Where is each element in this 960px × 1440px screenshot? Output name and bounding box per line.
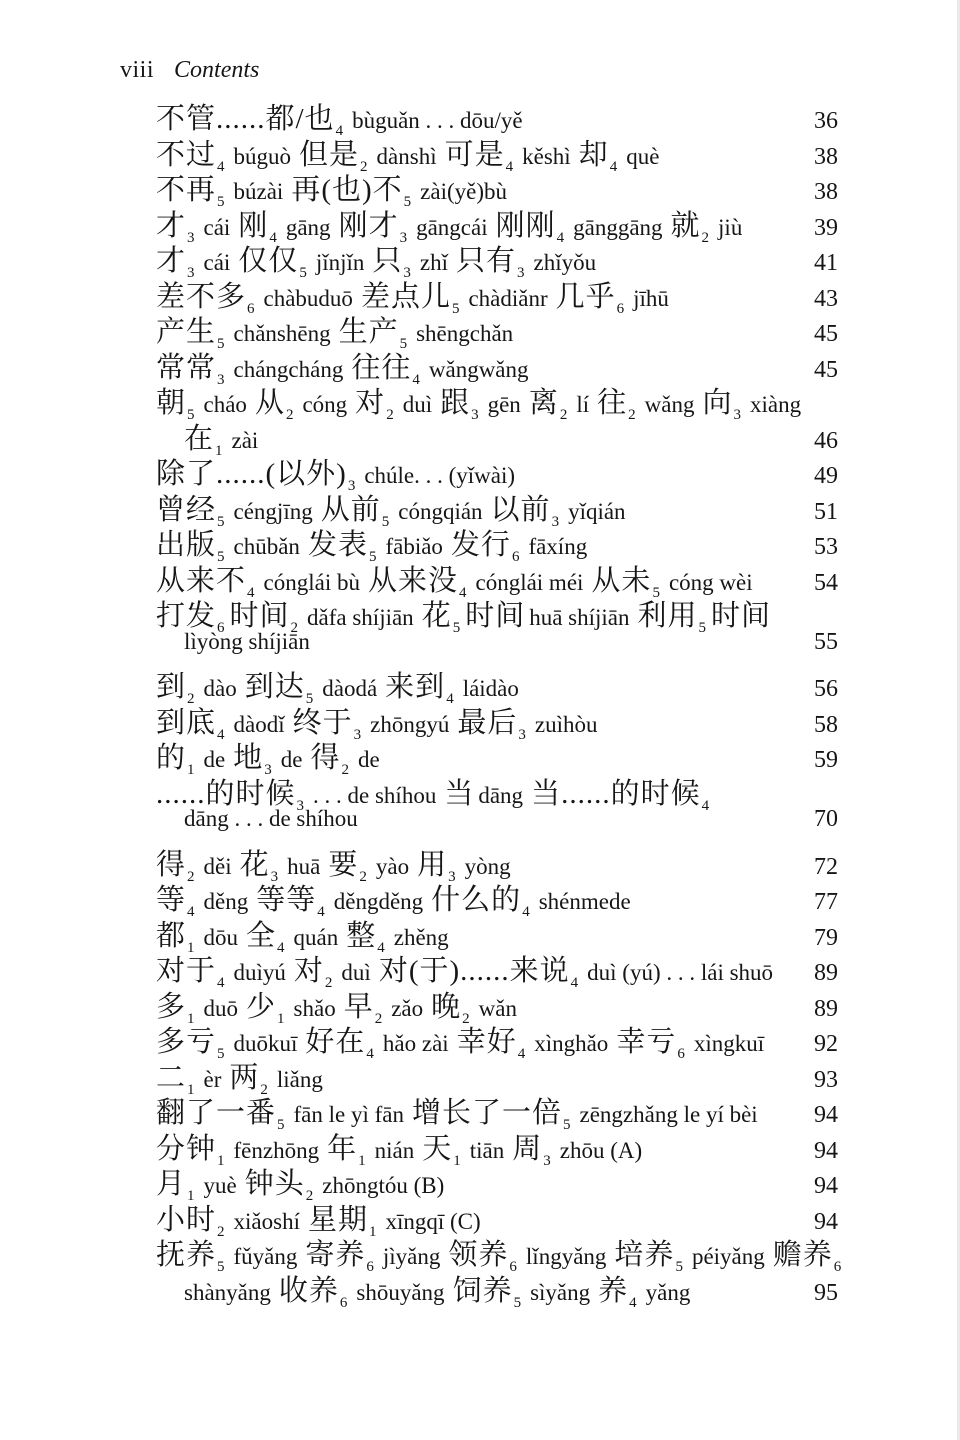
tone-level-subscript: 3 [471,407,479,424]
chinese-term: 整 [346,920,376,952]
pinyin-text: fǔyǎng [234,1244,298,1269]
pinyin-text: huā shíjiān [529,605,629,630]
tone-level-subscript: 3 [217,372,225,389]
chinese-term: 好在 [305,1026,365,1058]
tone-level-subscript: 5 [652,585,660,602]
tone-level-subscript: 2 [702,230,710,247]
chinese-term: 利用 [638,600,698,632]
tone-level-subscript: 1 [453,1153,461,1170]
chinese-term: 等等 [256,884,316,916]
tone-level-subscript: 4 [217,727,225,744]
pinyin-text: péiyǎng [692,1244,765,1269]
chinese-term: 时间 [230,600,290,632]
tone-level-subscript: 6 [217,620,225,637]
chinese-term: 只有 [456,245,516,277]
page-number: 45 [814,321,838,348]
chinese-term: 离 [529,387,559,419]
tone-level-subscript: 1 [187,1188,195,1205]
chinese-term: 早 [344,991,374,1023]
tone-level-subscript: 1 [369,1224,377,1241]
tone-level-subscript: 5 [299,265,307,282]
chinese-term: 等 [156,884,186,916]
toc-row: 常常3chángcháng往往4wǎngwǎng45 [156,345,838,381]
pinyin-text: céngjīng [234,499,313,524]
tone-level-subscript: 2 [560,407,568,424]
pinyin-text: wǎng [645,392,695,417]
chinese-term: 不过 [156,139,216,171]
pinyin-text: zhōngyú [370,712,449,737]
pinyin-text: sìyǎng [530,1280,590,1305]
chinese-term: ......的时候 [156,778,296,810]
tone-level-subscript: 2 [306,1188,314,1205]
page-number: 94 [814,1138,838,1165]
pinyin-text: duōkuī [234,1031,298,1056]
tone-level-subscript: 2 [386,407,394,424]
chinese-term: 晚 [431,991,461,1023]
tone-level-subscript: 4 [217,975,225,992]
chinese-term: 花 [422,600,452,632]
pinyin-text: zhǐ [420,250,448,275]
pinyin-text: chàdiǎnr [468,286,547,311]
page-number: 89 [814,960,838,987]
tone-level-subscript: 2 [628,407,636,424]
tone-level-subscript: 5 [699,620,707,637]
chinese-term: 当 [444,778,474,810]
pinyin-text: cháo [204,392,247,417]
tone-level-subscript: 5 [514,1295,522,1312]
chinese-term: 在 [184,423,214,455]
tone-level-subscript: 5 [277,1117,285,1134]
tone-level-subscript: 5 [187,407,195,424]
chinese-term: 只 [372,245,402,277]
toc-row: 对于4duìyú对2duì对(于)......来说4duì (yú) . . .… [156,948,838,984]
tone-level-subscript: 5 [217,1259,225,1276]
chinese-term: 都 [156,920,186,952]
page-number: 41 [814,250,838,277]
chinese-term: 小时 [156,1204,216,1236]
page-number: 89 [814,996,838,1023]
page-number: 94 [814,1102,838,1129]
pinyin-text: fāxíng [528,534,587,559]
chinese-term: 钟头 [245,1168,305,1200]
pinyin-text: cónglái bù [264,570,360,595]
chinese-term: 不管......都/也 [156,103,335,135]
chinese-term: 到达 [245,671,305,703]
chinese-term: 年 [327,1133,357,1165]
toc-row: 小时2xiǎoshí星期1xīngqī (C)94 [156,1197,838,1233]
chinese-term: 收养 [279,1275,339,1307]
tone-level-subscript: 2 [341,762,349,779]
chinese-term: 寄养 [305,1239,365,1271]
chinese-term: 赡养 [773,1239,833,1271]
pinyin-text: búzài [234,179,284,204]
tone-level-subscript: 2 [359,869,367,886]
chinese-term: 发表 [308,529,368,561]
pinyin-text: de [281,747,303,772]
chinese-term: 翻了一番 [156,1097,276,1129]
chinese-term: 对于 [156,955,216,987]
pinyin-text: èr [204,1067,222,1092]
tone-level-subscript: 1 [187,940,195,957]
chinese-term: 朝 [156,387,186,419]
tone-level-subscript: 5 [452,301,460,318]
pinyin-text: dào [204,676,237,701]
pinyin-text: zēngzhǎng le yí bèi [580,1102,758,1127]
page-number: 70 [814,806,838,833]
toc-row: 不再5búzài再(也)不5zài(yě)bù38 [156,167,838,203]
tone-level-subscript: 3 [733,407,741,424]
chinese-term: 到 [156,671,186,703]
pinyin-text: huā [287,854,320,879]
chinese-term: 幸好 [457,1026,517,1058]
tone-level-subscript: 3 [517,265,525,282]
chinese-term: 增长了一倍 [412,1097,562,1129]
tone-level-subscript: 1 [187,1011,195,1028]
tone-level-subscript: 4 [187,904,195,921]
pinyin-text: shǎo [294,996,336,1021]
chinese-term: 两 [229,1062,259,1094]
tone-level-subscript: 6 [677,1046,685,1063]
toc-row: 曾经5céngjīng从前5cóngqián以前3yǐqián51 [156,487,838,523]
chinese-term: 但是 [299,139,359,171]
pinyin-text: dāng [478,783,523,808]
chinese-term: 从前 [321,494,381,526]
chinese-term: 饲养 [453,1275,513,1307]
chinese-term: 时间 [711,600,771,632]
pinyin-text: gēn [488,392,521,417]
running-header-title: Contents [174,57,259,83]
tone-level-subscript: 4 [247,585,255,602]
page-number: 54 [814,570,838,597]
tone-level-subscript: 4 [506,159,514,176]
tone-level-subscript: 3 [348,478,356,495]
pinyin-text: xìngkuī [694,1031,764,1056]
tone-level-subscript: 4 [557,230,565,247]
pinyin-text: shénmede [539,889,631,914]
page-number: 58 [814,712,838,739]
pinyin-text: zhōngtóu (B) [322,1173,444,1198]
tone-level-subscript: 5 [217,1046,225,1063]
pinyin-text: shànyǎng [184,1280,271,1305]
tone-level-subscript: 3 [403,265,411,282]
tone-level-subscript: 3 [264,762,272,779]
toc-row: 到底4dàodǐ终于3zhōngyú最后3zuìhòu58 [156,700,838,736]
chinese-term: 领养 [448,1239,508,1271]
pinyin-text: jiù [718,215,742,240]
chinese-term: 常常 [156,352,216,384]
page-number: 53 [814,534,838,561]
chinese-term: 以前 [491,494,551,526]
chinese-term: 用 [417,849,447,881]
page-number: 92 [814,1031,838,1058]
tone-level-subscript: 3 [187,265,195,282]
chinese-term: 星期 [308,1204,368,1236]
pinyin-text: hǎo zài [383,1031,449,1056]
pinyin-text: zǎo [391,996,423,1021]
tone-level-subscript: 4 [571,975,579,992]
tone-level-subscript: 5 [306,691,314,708]
tone-level-subscript: 2 [462,1011,470,1028]
chinese-term: 对 [355,387,385,419]
chinese-term: 除了......(以外) [156,458,347,490]
tone-level-subscript: 6 [340,1295,348,1312]
page-number: 55 [814,629,838,656]
pinyin-text: láidào [463,676,519,701]
tone-level-subscript: 5 [382,514,390,531]
pinyin-text: shēngchǎn [416,321,513,346]
chinese-term: 从来没 [368,565,458,597]
toc-row: 除了......(以外)3chúle. . . (yǐwài)49 [156,451,838,487]
pinyin-text: zhōu (A) [560,1138,642,1163]
pinyin-text: tiān [470,1138,505,1163]
pinyin-text: fābiǎo [385,534,442,559]
pinyin-text: cái [204,250,231,275]
tone-level-subscript: 5 [217,514,225,531]
chinese-term: 不再 [156,174,216,206]
chinese-term: 少 [246,991,276,1023]
pinyin-text: zài [232,428,259,453]
chinese-term: 时间 [465,600,525,632]
page-number: 46 [814,428,838,455]
chinese-term: 养 [598,1275,628,1307]
tone-level-subscript: 6 [617,301,625,318]
tone-level-subscript: 2 [187,691,195,708]
chinese-term: 多 [156,991,186,1023]
pinyin-text: yòng [465,854,511,879]
tone-level-subscript: 2 [187,869,195,886]
tone-level-subscript: 2 [375,1011,383,1028]
chinese-term: 对(于)......来说 [379,955,570,987]
tone-level-subscript: 4 [366,1046,374,1063]
page-number: 79 [814,925,838,952]
pinyin-text: yǐqián [568,499,626,524]
pinyin-text: de [358,747,380,772]
chinese-term: 才 [156,210,186,242]
chinese-term: 曾经 [156,494,216,526]
chinese-term: 从未 [591,565,651,597]
toc-row: 朝5cháo从2cóng对2duì跟3gēn离2lí往2wǎng向3xiàng [156,380,838,416]
tone-level-subscript: 5 [563,1117,571,1134]
pinyin-text: de [204,747,226,772]
toc-row: 翻了一番5fān le yì fān增长了一倍5zēngzhǎng le yí … [156,1090,838,1126]
pinyin-text: yǎng [646,1280,691,1305]
tone-level-subscript: 3 [354,727,362,744]
chinese-term: 往 [597,387,627,419]
chinese-term: 打发 [156,600,216,632]
toc-row: 差不多6chàbuduō差点儿5chàdiǎnr几乎6jīhū43 [156,274,838,310]
toc-row: 抚养5fǔyǎng寄养6jìyǎng领养6lǐngyǎng培养5péiyǎng赡… [156,1232,838,1268]
chinese-term: 就 [671,210,701,242]
tone-level-subscript: 5 [217,336,225,353]
running-header: viiiContents [120,57,259,84]
tone-level-subscript: 6 [834,1259,842,1276]
tone-level-subscript: 1 [215,443,223,460]
pinyin-text: yào [376,854,409,879]
page-number: 93 [814,1067,838,1094]
chinese-term: 到底 [156,707,216,739]
pinyin-text: dǎfa shíjiān [307,605,414,630]
chinese-term: 几乎 [556,281,616,313]
toc-row: 产生5chǎnshēng生产5shēngchǎn45 [156,309,838,345]
toc-row: ......的时候3. . . de shíhou当dāng当......的时候… [156,771,838,807]
tone-level-subscript: 1 [358,1153,366,1170]
tone-level-subscript: 4 [377,940,385,957]
tone-level-subscript: 6 [366,1259,374,1276]
tone-level-subscript: 4 [702,798,710,815]
pinyin-text: cónglái méi [475,570,583,595]
chinese-term: 生产 [339,316,399,348]
chinese-term: 二 [156,1062,186,1094]
tone-level-subscript: 4 [610,159,618,176]
toc-row: 等4děng等等4děngděng什么的4shénmede77 [156,877,838,913]
tone-level-subscript: 5 [217,549,225,566]
pinyin-text: chǎnshēng [234,321,331,346]
toc-row: 出版5chūbǎn发表5fābiǎo发行6fāxíng53 [156,522,838,558]
pinyin-text: chàbuduō [264,286,353,311]
chinese-term: 才 [156,245,186,277]
tone-level-subscript: 5 [400,336,408,353]
chinese-term: 从 [255,387,285,419]
chinese-term: 培养 [614,1239,674,1271]
tone-level-subscript: 5 [404,194,412,211]
page-number: 38 [814,144,838,171]
toc-row: 到2dào到达5dàodá来到4láidào56 [156,664,838,700]
chinese-term: 刚 [238,210,268,242]
chinese-term: 当......的时候 [531,778,701,810]
toc-row: 不过4búguò但是2dànshì可是4kěshì却4què38 [156,132,838,168]
pinyin-text: cóng wèi [669,570,753,595]
tone-level-subscript: 4 [412,372,420,389]
chinese-term: 向 [702,387,732,419]
tone-level-subscript: 5 [369,549,377,566]
toc-row: 得2děi花3huā要2yào用3yòng72 [156,842,838,878]
pinyin-text: kěshì [522,144,571,169]
pinyin-text: wǎngwǎng [429,357,529,382]
chinese-term: 多亏 [156,1026,216,1058]
page-number: 51 [814,499,838,526]
pinyin-text: zài(yě)bù [420,179,507,204]
chinese-term: 天 [422,1133,452,1165]
pinyin-text: cái [204,215,231,240]
tone-level-subscript: 2 [217,1224,225,1241]
chinese-term: 得 [156,849,186,881]
pinyin-text: nián [375,1138,415,1163]
page-number: 43 [814,286,838,313]
pinyin-text: xīngqī (C) [385,1209,480,1234]
page-number: 59 [814,747,838,774]
chinese-term: 来到 [385,671,445,703]
pinyin-text: lí [576,392,589,417]
tone-level-subscript: 4 [317,904,325,921]
tone-level-subscript: 5 [675,1259,683,1276]
chinese-term: 地 [233,742,263,774]
chinese-term: 从来不 [156,565,246,597]
chinese-term: 花 [240,849,270,881]
chinese-term: 却 [579,139,609,171]
tone-level-subscript: 1 [187,1082,195,1099]
pinyin-text: dàodá [322,676,377,701]
pinyin-text: chúle. . . (yǐwài) [364,463,515,488]
chinese-term: 差点儿 [361,281,451,313]
pinyin-text: jǐnjǐn [316,250,365,275]
tone-level-subscript: 3 [297,798,305,815]
chinese-term: 出版 [156,529,216,561]
pinyin-text: cóng [302,392,347,417]
tone-level-subscript: 3 [187,230,195,247]
pinyin-text: děng [204,889,249,914]
chinese-term: 得 [310,742,340,774]
tone-level-subscript: 2 [360,159,368,176]
page-number: 45 [814,357,838,384]
chinese-term: 抚养 [156,1239,216,1271]
page-number: 49 [814,463,838,490]
pinyin-text: duì [403,392,432,417]
pinyin-text: dànshì [377,144,437,169]
chinese-term: 对 [294,955,324,987]
chinese-term: 差不多 [156,281,246,313]
pinyin-text: duì [341,960,370,985]
pinyin-text: gānggāng [573,215,662,240]
pinyin-text: dàodǐ [234,712,285,737]
chinese-term: 全 [246,920,276,952]
chinese-term: 再(也)不 [291,174,402,206]
toc-row: 打发6时间2dǎfa shíjiān花5时间huā shíjiān利用5时间 [156,593,838,629]
pinyin-text: liǎng [277,1067,323,1092]
pinyin-text: gāngcái [416,215,488,240]
pinyin-text: jīhū [633,286,669,311]
pinyin-text: lǐngyǎng [526,1244,607,1269]
tone-level-subscript: 3 [271,869,279,886]
tone-level-subscript: 5 [453,620,461,637]
tone-level-subscript: 4 [446,691,454,708]
pinyin-text: quán [294,925,339,950]
tone-level-subscript: 3 [552,514,560,531]
chinese-term: 可是 [445,139,505,171]
pinyin-text: fān le yì fān [294,1102,404,1127]
chinese-term: 什么的 [431,884,521,916]
chinese-term: 月 [156,1168,186,1200]
pinyin-text: cóngqián [398,499,482,524]
pinyin-text: děi [204,854,232,879]
toc-row: 才3cái刚4gāng刚才3gāngcái刚刚4gānggāng就2jiù39 [156,203,838,239]
tone-level-subscript: 1 [277,1011,285,1028]
pinyin-text: què [626,144,659,169]
tone-level-subscript: 5 [217,194,225,211]
pinyin-text: duì (yú) . . . lái shuō [587,960,773,985]
pinyin-text: . . . de shíhou [313,783,436,808]
pinyin-text: zuìhòu [535,712,598,737]
chinese-term: 刚刚 [496,210,556,242]
toc-row: 不管......都/也4bùguǎn . . . dōu/yě36 [156,96,838,132]
pinyin-text: bùguǎn . . . dōu/yě [352,108,523,133]
page-number: 94 [814,1173,838,1200]
chinese-term: 发行 [451,529,511,561]
chinese-term: 跟 [440,387,470,419]
folio-page-number: viii [120,57,154,83]
tone-level-subscript: 4 [459,585,467,602]
page-number: 39 [814,215,838,242]
tone-level-subscript: 1 [217,1153,225,1170]
pinyin-text: duō [204,996,239,1021]
tone-level-subscript: 2 [325,975,333,992]
page-number: 77 [814,889,838,916]
pinyin-text: fēnzhōng [234,1138,320,1163]
tone-level-subscript: 4 [629,1295,637,1312]
pinyin-text: xiàng [750,392,801,417]
chinese-term: 往往 [351,352,411,384]
toc-row: 从来不4cónglái bù从来没4cónglái méi从未5cóng wèi… [156,558,838,594]
pinyin-text: xìnghǎo [534,1031,608,1056]
